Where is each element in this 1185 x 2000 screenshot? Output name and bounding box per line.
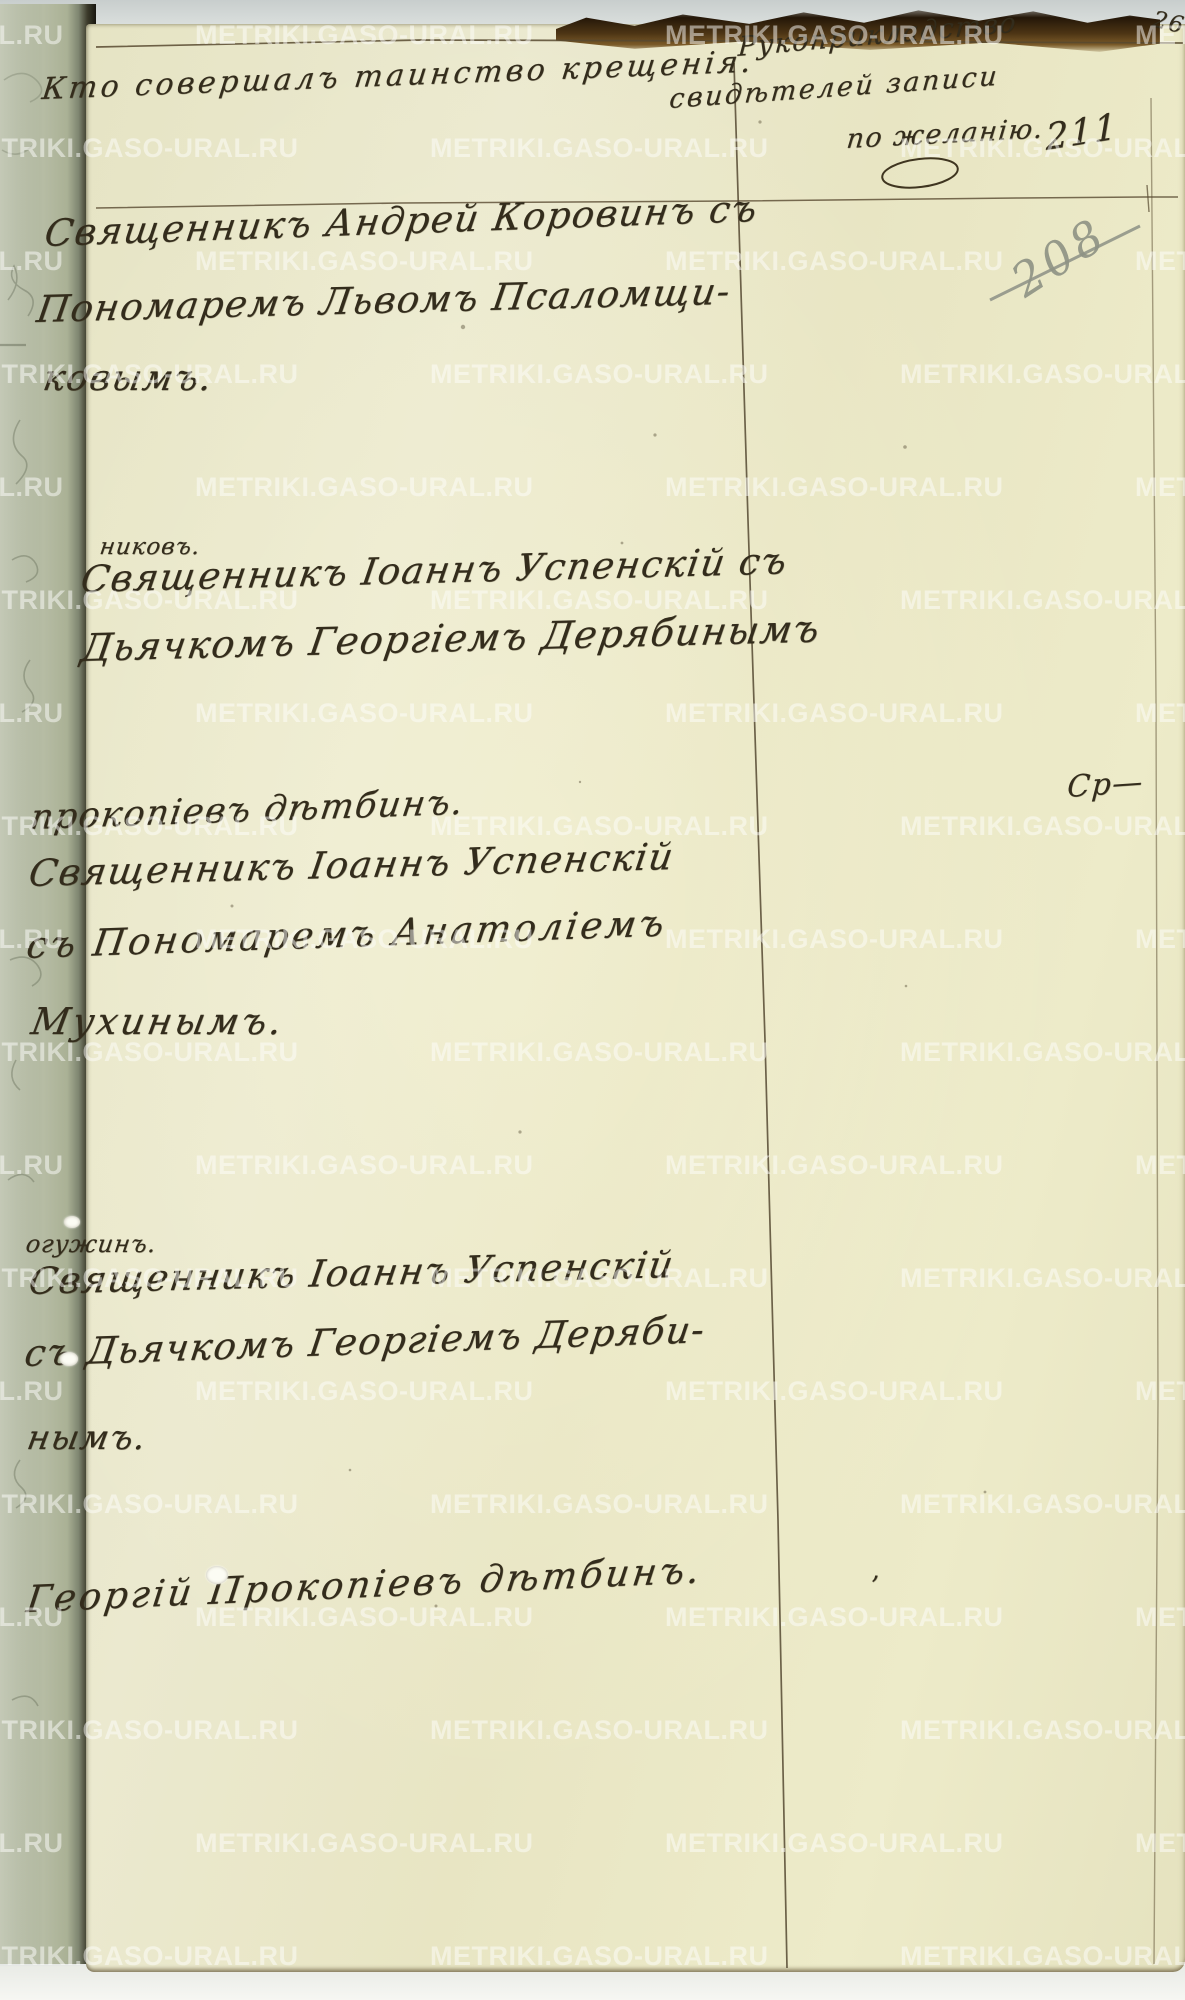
entry-1-line-1: Священникъ Андрей Коровинъ съ [42,187,761,255]
column-header-right-line-3: по желанію. [845,113,1045,155]
entry-3-carryover: прокопіевъ дѣтбинъ. [28,783,467,838]
crossed-out-page-number: 208 [1002,206,1118,307]
folio-number: 211 [1045,106,1118,159]
entry-3-line-2: съ Пономаремъ Анатоліемъ [24,901,670,967]
column-header-left: Кто совершалъ таинство крещенія. [40,44,756,107]
scanned-metric-book-page: Кто совершалъ таинство крещенія. Рукопри… [0,0,1185,2000]
page-hole [206,1566,228,1584]
entry-3-line-1: Священникъ Іоаннъ Успенскій [26,835,677,895]
column-header-right-line-1: Рукоприкладство [737,7,1018,63]
entry-1-line-3: ковымъ. [40,358,216,399]
stray-ink-mark: ʼ [870,1572,880,1602]
entry-5-signature: Георгій Прокопіевъ дѣтбинъ. [24,1548,705,1621]
corner-inscription: 26 [1150,7,1185,40]
entry-4-carryover: огужинъ. [24,1230,159,1258]
entry-2-line-2: Дьячкомъ Георгіемъ Дерябинымъ [78,606,824,670]
handwriting-layer: Кто совершалъ таинство крещенія. Рукопри… [0,0,1185,2000]
margin-note: Ср— [1066,764,1145,805]
entry-3-line-3: Мухинымъ. [28,1000,288,1043]
page-hole [64,1216,80,1228]
entry-1-line-2: Пономаремъ Львомъ Псаломщи- [34,270,734,331]
entry-4-line-2: съ Дьячкомъ Георгіемъ Деряби- [22,1308,708,1375]
entry-4-line-3: нымъ. [24,1418,150,1458]
page-hole [60,1352,78,1366]
